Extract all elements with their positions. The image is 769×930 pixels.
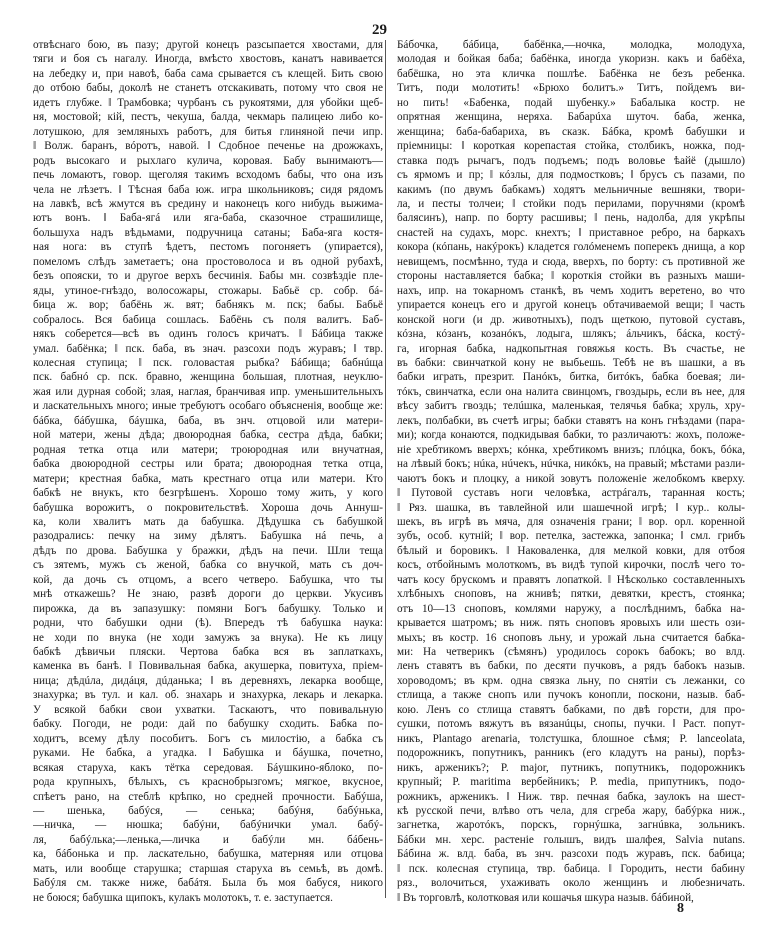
text-line: безъ опояски, то и другое верхъ бесчинія… <box>33 269 383 283</box>
text-line: нахъ, ипр. на токарномъ станкѣ, въ чемъ … <box>397 284 745 298</box>
text-line: ня, мостовой; кій, пестъ, чекуша, балда,… <box>33 110 383 124</box>
text-line: бáбка, бáбушка, бáушка, баба, въ знч. от… <box>33 414 383 428</box>
text-line: конской ноги (и др. животныхъ), подъ щет… <box>397 313 745 327</box>
text-line: руками. Не бабка, а угадка. ‖ Бабушка и … <box>33 746 383 760</box>
text-line: молодая и бойкая баба; бабёнка, иногда у… <box>397 52 745 66</box>
text-line: бабка двоюродной сестры или брата; двоюр… <box>33 457 383 471</box>
text-line: собралось. Вся бабица сошлась. Бабёнь съ… <box>33 313 383 327</box>
text-line: бабкѣ дѣвичьи пляски. Чертова бабка вся … <box>33 645 383 659</box>
text-line: ка, коли хвалитъ мать да бабушка. Дѣдушк… <box>33 515 383 529</box>
text-line: крывается шатромъ; въ ниж. пять сноповъ … <box>397 616 745 630</box>
text-line: упирается конецъ его и другой конецъ обт… <box>397 298 745 312</box>
text-line: вѣсу забитъ гвоздь; телúшка, маленькая, … <box>397 399 745 413</box>
text-line: знахурка; въ тул. и кал. об. знахарь и з… <box>33 688 383 702</box>
text-line: на лавкѣ, всѣ жмутся въ средину и наконе… <box>33 197 383 211</box>
text-line: га, игорная бабка, надкопытная говяжья к… <box>397 342 745 356</box>
text-line: съ зятемъ, мужъ съ женой, бабка со внучк… <box>33 558 383 572</box>
text-line: бабку. Погоди, не роди: дай по бабушку с… <box>33 717 383 731</box>
text-line: невищемъ, посмѣнно, туда и сюда, вверхъ,… <box>397 255 745 269</box>
text-line: бабушка ворожитъ, о покровительствѣ. Хор… <box>33 501 383 515</box>
text-line: Бабýля см. также ниже, бабáтя. Была бъ м… <box>33 876 383 890</box>
text-line: ной матери, жены дѣда; двоюродная бабка,… <box>33 428 383 442</box>
text-line: умал. бабёнка; ‖ пск. баба, въ знач. раз… <box>33 342 383 356</box>
text-line: бабкѣ не внукъ, кто безгрѣшенъ. Хорошо т… <box>33 486 383 500</box>
text-line: печь ломаютъ, говор. щеголяя такимъ всхо… <box>33 168 383 182</box>
text-line: разодрались: печку на зиму дѣлятъ. Бабуш… <box>33 529 383 543</box>
text-line: рожникъ, арженикъ. ‖ Ниж. твр. печная ба… <box>397 790 745 804</box>
text-line: ная нога: въ ступѣ ѣдетъ, пестомъ погоня… <box>33 240 383 254</box>
text-line: кѣ русской печи, влѣво отъ чела, для сгр… <box>397 804 745 818</box>
text-line: кокора (кóпань, накýрокъ) кладется голóм… <box>397 240 745 254</box>
text-line: Бáбочка, бáбица, бабёнка,—ночка, молодка… <box>397 38 745 52</box>
text-line: — шенька, бабýся, — сенька; бабýня, бабý… <box>33 804 383 818</box>
text-line: ла, и песты толчеи; ‖ стойки подъ перила… <box>397 197 745 211</box>
text-line: ‖ Въ торговлѣ, колотковая или кошачья шк… <box>397 891 745 905</box>
text-line: пск. бабнó ср. пск. бравно, женщина боль… <box>33 370 383 384</box>
text-line: хлѣбныхъ сноповъ, на жнивѣ; пятки, девят… <box>397 587 745 601</box>
text-line: матери; крестная бабка, мать крестнаго о… <box>33 472 383 486</box>
text-line: не боюся; бабушка щипокъ, кулакъ молоток… <box>33 891 383 905</box>
text-line: кóзна, кóзанъ, козанóкъ, лодыга, шлякъ; … <box>397 327 745 341</box>
text-line: бица ж. вор; бабёнь ж. вят; бабнякъ м. п… <box>33 298 383 312</box>
text-line: отъ 10—13 сноповъ, комлями наружу, а пос… <box>397 602 745 616</box>
text-line: въ бабки: свинчаткой кону не выбьешь. Те… <box>397 356 745 370</box>
text-line: опрятная женщина, неряха. Бабарúха шуточ… <box>397 110 745 124</box>
text-line: на лебедку и, при навоѣ, баба сама срыва… <box>33 67 383 81</box>
text-line: снастей на судахъ, морс. кнехтъ; ‖ прист… <box>397 226 745 240</box>
text-line: родъ высокаго и рыхлаго кулича, коровая.… <box>33 154 383 168</box>
text-line: пріемницы: ‖ короткая корепастая стойка,… <box>397 139 745 153</box>
text-line: —ничка, — нюшка; бабýни, бабýнички умал.… <box>33 818 383 832</box>
signature-mark: 8 <box>677 901 684 917</box>
text-line: стлища, а также снопъ или пучокъ конопли… <box>397 688 745 702</box>
page-number: 29 <box>372 22 387 39</box>
text-line: родни, что бабушки одни (ѣ). Впередъ тѣ … <box>33 616 383 630</box>
left-column: отвѣснаго бою, въ пазу; другой конецъ ра… <box>33 38 383 905</box>
text-line: ка, бáбонька и пр. ласкательно, бабушка,… <box>33 847 383 861</box>
text-line: никъ, арженикъ?; P. major, путникъ, попу… <box>397 761 745 775</box>
text-line: кою. Ленъ со стлища ставятъ бабками, по … <box>397 703 745 717</box>
text-line: женщина; баба-бабариха, въ сказк. Бáбка,… <box>397 125 745 139</box>
text-line: рода крупныхъ, бѣлыхъ, съ краснобрызгомъ… <box>33 775 383 789</box>
text-line: идетъ глубже. ‖ Трамбовка; чурбанъ съ ру… <box>33 96 383 110</box>
text-line: косъ, отбойнымъ молоткомъ, въ видѣ тупой… <box>397 558 745 572</box>
text-line: колесная ступица; ‖ пск. головастая рыбк… <box>33 356 383 370</box>
text-line: ‖ Путовой суставъ ноги человѣка, астрáга… <box>397 486 745 500</box>
text-line: ми: На четверикъ (сѣмянъ) уродилось соро… <box>397 645 745 659</box>
text-line: хороводомъ; въ крм. одна связка льну, по… <box>397 674 745 688</box>
text-line: ленъ ставятъ въ бабки, по десяти пучковъ… <box>397 659 745 673</box>
text-line: чатъ косу брускомъ и правятъ лопаткой. ‖… <box>397 573 745 587</box>
text-line: чаютъ бокъ и плоцку, а никой зовутъ поло… <box>397 472 745 486</box>
text-line: каменка въ банѣ. ‖ Повивальная бабка, ак… <box>33 659 383 673</box>
text-line: У всякой бабки свои ухватки. Таскаютъ, ч… <box>33 703 383 717</box>
text-line: балясинъ), напр. по борту расшивы; ‖ пен… <box>397 211 745 225</box>
right-column: Бáбочка, бáбица, бабёнка,—ночка, молодка… <box>397 38 745 905</box>
text-line: пирожка, да въ запазушку: помяни Богъ ба… <box>33 602 383 616</box>
text-line: жая или дурная собой; злая, наглая, бран… <box>33 385 383 399</box>
text-line: мнѣ откажешь? Не знаю, развѣ дороги до ц… <box>33 587 383 601</box>
text-line: никъ, Plantago arenaria, толстушка, блош… <box>397 732 745 746</box>
text-line: ‖ Волж. баранъ, вóротъ, навой. ‖ Сдобное… <box>33 139 383 153</box>
text-line: Бáбина ж. влд. баба, въ знч. разсохи под… <box>397 847 745 861</box>
text-line: не ходи по внука (не ходи замужъ за внук… <box>33 631 383 645</box>
text-line: помеломъ слѣдъ заметаетъ; она простоволо… <box>33 255 383 269</box>
text-line: лотушкою, для земляныхъ работъ, для бить… <box>33 125 383 139</box>
text-line: тяги и боя съ нагалу. Иногда, вмѣсто хво… <box>33 52 383 66</box>
text-line: дѣдъ по дрова. Бабушка у бражки, дѣдъ на… <box>33 544 383 558</box>
text-line: шекъ, въ игрѣ въ мяча, для означенія гра… <box>397 515 745 529</box>
text-line: ница; дѣдúла, дидáця, дúданька; ‖ въ дер… <box>33 674 383 688</box>
text-line: стороны наставляется бабка; ‖ короткія с… <box>397 269 745 283</box>
column-divider <box>385 40 386 898</box>
text-line: съ ярмомъ и пр; ‖ кóзлы, для подмостковъ… <box>397 168 745 182</box>
text-line: крупный; P. maritima вербейникъ; P. medi… <box>397 775 745 789</box>
text-line: ‖ пск. колесная ступица, твр. бабица. ‖ … <box>397 862 745 876</box>
text-line: бабёшка, но эта кличка пошлѣе. Бабёнка н… <box>397 67 745 81</box>
text-line: какимъ (по двумъ бабкамъ) ходятъ мельнич… <box>397 183 745 197</box>
text-line: мать, или вообще старушка; старшая стару… <box>33 862 383 876</box>
text-line: бабки играть, презрит. Панóкъ, битка, би… <box>397 370 745 384</box>
text-line: спѣетъ рано, на стеблѣ крѣпко, но средне… <box>33 790 383 804</box>
text-line: мыхъ; въ костр. 16 сноповъ льну, и урожа… <box>397 631 745 645</box>
text-line: ряз., волочиться, ухаживать около женщин… <box>397 876 745 890</box>
text-line: Титъ, поди молотить! «Брюхо болитъ.» Тит… <box>397 81 745 95</box>
text-line: ходитъ, всему дѣлу пособитъ. Богъ съ мил… <box>33 732 383 746</box>
text-line: загнетка, жаротóкъ, порскъ, горнýшка, за… <box>397 818 745 832</box>
text-line: всякая старуха, какъ тётка середовая. Бá… <box>33 761 383 775</box>
text-line: зубъ, особ. кутній; ‖ вор. петелка, заст… <box>397 529 745 543</box>
text-line: и ласкательныхъ много; иные требуютъ осо… <box>33 399 383 413</box>
text-line: до отбою бабы, доколѣ не станетъ отскаки… <box>33 81 383 95</box>
text-line: ля, бабýлька;—ленька,—личка и бабýли мн.… <box>33 833 383 847</box>
text-line: ніе хребтикомъ вверхъ; кóнка, хребтикомъ… <box>397 443 745 457</box>
text-line: бѣлый и боровикъ. ‖ Наковаленка, для мел… <box>397 544 745 558</box>
text-line: яды, утиное-гнѣздо, волосожары, стожары.… <box>33 284 383 298</box>
text-line: родная тетка отца или матери; троюродная… <box>33 443 383 457</box>
text-line: на лѣвый бокъ; нúка, нúчекъ, нúчка, никó… <box>397 457 745 471</box>
text-line: ютъ вонъ. ‖ Баба-ягá или яга-баба, сказо… <box>33 211 383 225</box>
text-line: отвѣснаго бою, въ пазу; другой конецъ ра… <box>33 38 383 52</box>
text-line: някъ соберется—всѣ въ одинъ голосъ крича… <box>33 327 383 341</box>
text-line: Бáбки мн. херс. растеніе голышъ, видъ ша… <box>397 833 745 847</box>
text-line: подорожникъ, попутникъ, ранникъ (его кла… <box>397 746 745 760</box>
text-line: сушки, потомъ вяжутъ въ вязанúцы, снопы,… <box>397 717 745 731</box>
text-line: чела не лѣзетъ. ‖ Тѣсная баба юж. игра ш… <box>33 183 383 197</box>
text-line: ми); когда конаются, подкидывая бабки, т… <box>397 428 745 442</box>
text-line: кой, да дочь съ отцомъ, а всего четверо.… <box>33 573 383 587</box>
text-line: ставка подъ рычагъ, подъ подъемъ; подъ в… <box>397 154 745 168</box>
text-line: ‖ Ряз. шашка, въ тавлейной или шашечной … <box>397 501 745 515</box>
text-line: но пить! «Бабенка, подай шубенку.» Бабал… <box>397 96 745 110</box>
text-line: тóкъ, свинчатка, если она налита свинцом… <box>397 385 745 399</box>
text-line: лекъ, полбабки, въ счетѣ игры; бабки ста… <box>397 414 745 428</box>
text-line: большуха надъ вѣдьмами, подручница сатан… <box>33 226 383 240</box>
